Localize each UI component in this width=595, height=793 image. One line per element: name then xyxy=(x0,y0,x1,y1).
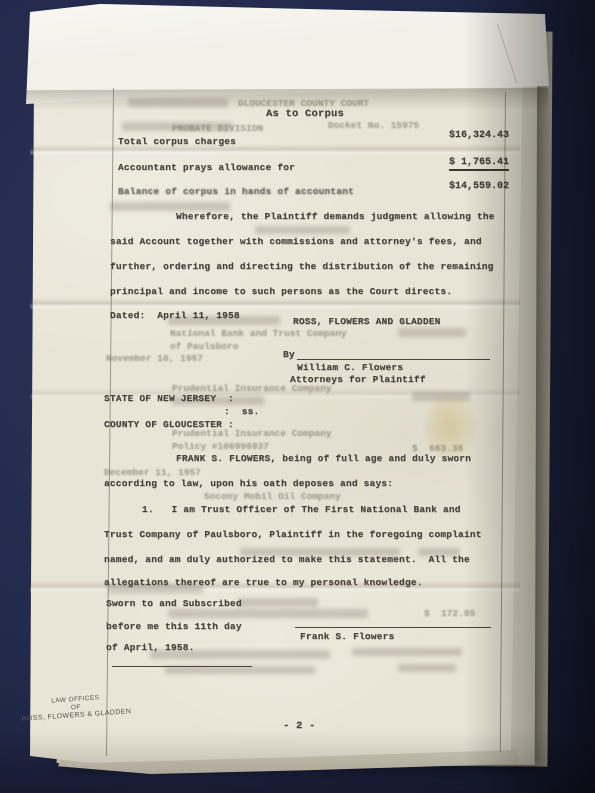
ink-bleed-smudge xyxy=(128,98,228,107)
oil-company-ghost: Socony Mobil Oil Company xyxy=(204,491,341,502)
ghost-date-2: December 11, 1957 xyxy=(104,467,201,478)
as-to-corpus-heading: As to Corpus xyxy=(266,108,344,120)
policy-number-ghost: Policy #106996937 xyxy=(172,441,269,452)
affidavit-line-3: 1. I am Trust Officer of The First Natio… xyxy=(142,504,461,515)
ink-bleed-smudge xyxy=(412,392,470,401)
ink-bleed-smudge xyxy=(398,664,456,672)
ss-line: : ss. xyxy=(224,406,259,417)
ghost-date-1: November 10, 1957 xyxy=(106,353,203,364)
ink-bleed-smudge xyxy=(352,648,462,656)
affidavit-line-2: according to law, upon his oath deposes … xyxy=(104,478,393,489)
sworn-line-2: before me this 11th day xyxy=(106,621,242,632)
sworn-line-1: Sworn to and Subscribed xyxy=(106,598,242,609)
affiant-signature-line xyxy=(295,627,491,628)
county-line: COUNTY OF GLOUCESTER : xyxy=(104,419,234,430)
attorney-title: Attorneys for Plaintiff xyxy=(290,374,426,385)
affiant-signature-name: Frank S. Flowers xyxy=(300,631,394,642)
balance-label: Balance of corpus in hands of accountant xyxy=(118,186,354,197)
page-number: - 2 - xyxy=(283,720,316,732)
ink-bleed-smudge xyxy=(110,202,230,211)
firm-name: ROSS, FLOWERS AND GLADDEN xyxy=(293,316,441,327)
notary-signature-line xyxy=(112,666,252,667)
ink-bleed-smudge xyxy=(168,609,368,618)
balance-amount: $14,559.02 xyxy=(449,181,509,192)
wherefore-line-3: further, ordering and directing the dist… xyxy=(110,261,494,272)
attorney-name: William C. Flowers xyxy=(297,362,403,373)
affidavit-line-4: Trust Company of Paulsboro, Plaintiff in… xyxy=(104,529,482,540)
affidavit-line-5: named, and am duly authorized to make th… xyxy=(104,554,470,565)
dated-line: Dated: April 11, 1958 xyxy=(110,310,240,321)
affidavit-line-1: FRANK S. FLOWERS, being of full age and … xyxy=(176,453,471,464)
ink-bleed-smudge xyxy=(165,666,315,674)
ink-bleed-smudge xyxy=(255,226,350,234)
bank-name-ghost: National Bank and Trust Company xyxy=(170,328,347,339)
photo-of-legal-document: GLOUCESTER COUNTY COURT PROBATE DIVISION… xyxy=(0,0,595,793)
allowance-amount: $ 1,765.41 xyxy=(449,157,509,171)
ink-bleed-smudge xyxy=(122,122,232,131)
by-label: By xyxy=(283,349,295,360)
attorney-signature-line xyxy=(297,359,490,360)
allowance-label: Accountant prays allowance for xyxy=(118,162,295,173)
ghost-amount-bottom: $ 172.85 xyxy=(424,608,475,619)
ink-bleed-smudge xyxy=(238,598,318,607)
affidavit-line-6: allegations thereof are true to my perso… xyxy=(104,577,423,588)
wherefore-line-2: said Account together with commissions a… xyxy=(110,236,482,247)
total-corpus-charges-amount: $16,324.43 xyxy=(449,130,509,141)
docket-number-ghost: Docket No. 15975 xyxy=(328,120,419,131)
wherefore-line-1: Wherefore, the Plaintiff demands judgmen… xyxy=(176,211,495,222)
wherefore-line-4: principal and income to such persons as … xyxy=(110,286,452,297)
state-line: STATE OF NEW JERSEY : xyxy=(104,393,234,404)
total-corpus-charges-label: Total corpus charges xyxy=(118,136,236,147)
ink-bleed-smudge xyxy=(398,328,466,337)
sworn-line-3: of April, 1958. xyxy=(106,642,195,653)
bank-name-ghost-2: of Paulsboro xyxy=(170,341,238,352)
